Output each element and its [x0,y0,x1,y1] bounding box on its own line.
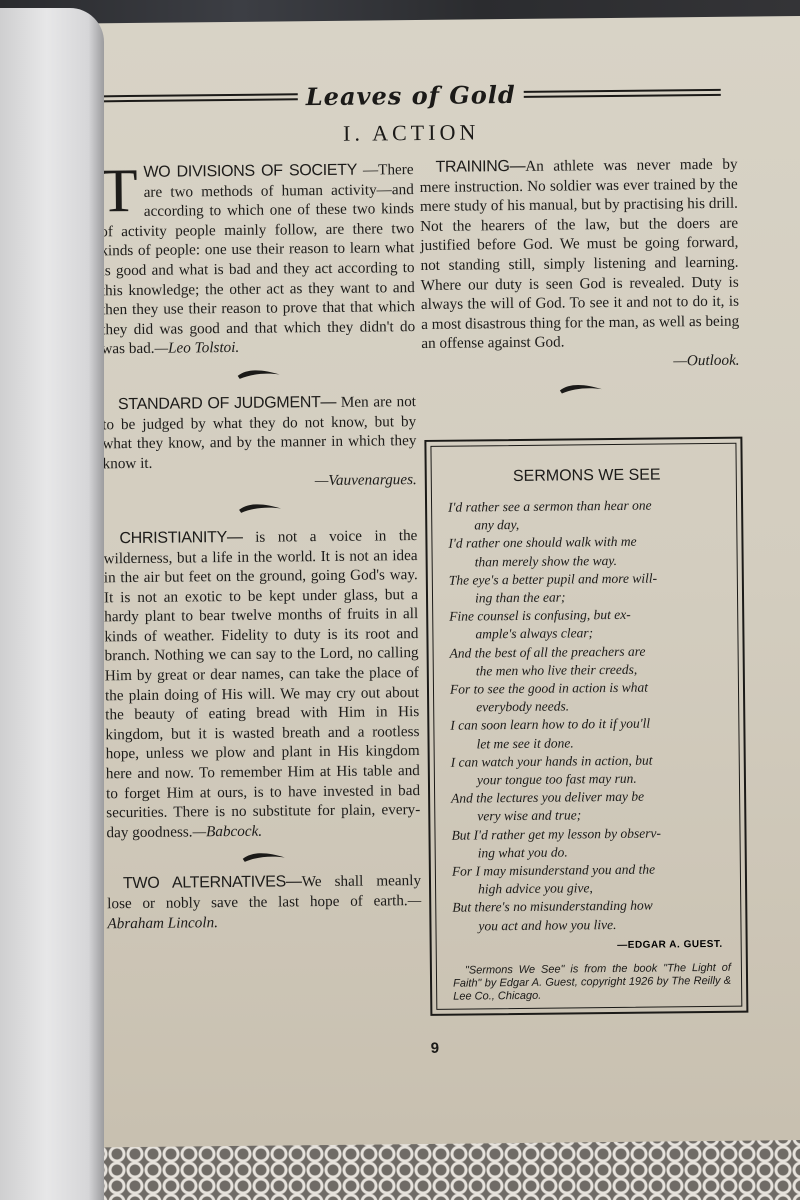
poem-line-text: For I may misunderstand you and the [452,862,655,879]
poem-line-text: But there's no misunderstanding how [452,898,653,915]
book-title: Leaves of Gold [298,79,524,110]
poem-line-text: And the lectures you deliver may be [451,789,644,806]
poem-line-text: I can watch your hands in action, but [451,752,653,769]
ornament-swash-icon [237,501,283,513]
poem-box: SERMONS WE SEE I'd rather see a sermon t… [424,437,748,1016]
entry-body: An athlete was never made by mere instru… [420,156,740,353]
right-column: TRAINING—An athlete was never made by me… [419,155,740,406]
poem-line: But there's no misunderstanding howyou a… [452,896,730,935]
entry-standard-of-judgment: STANDARD OF JUDGMENT— Men are not to be … [102,392,417,474]
entry-attribution: —Babcock. [192,822,262,840]
running-header: Leaves of Gold [101,67,721,123]
book-page: Leaves of Gold I. ACTION TWO DIVISIONS O… [36,16,800,1148]
entry-heading: CHRISTIANITY— [103,529,242,547]
entry-body: —There are two methods of human activity… [100,161,415,358]
entry-heading: TWO ALTERNATIVES— [107,874,302,893]
poem-line: The eye's a better pupil and more will-i… [449,569,727,608]
poem-line-text: I'd rather one should walk with me [448,534,636,551]
entry-heading: TRAINING— [419,158,525,176]
entry-heading: WO DIVISIONS OF SOCIETY [143,162,357,181]
poem-title: SERMONS WE SEE [448,466,726,487]
poem-line: And the lectures you deliver may bevery … [451,787,729,826]
poem-line: For I may misunderstand you and thehigh … [452,860,730,899]
poem-line: I'd rather one should walk with methan m… [448,532,726,571]
header-rule-right [524,88,721,97]
page-number: 9 [431,1040,440,1057]
poem-line-continuation: you act and how you live. [452,914,730,935]
poem-line-text: For to see the good in action is what [450,680,648,697]
poem-line: Fine counsel is confusing, but ex-ample'… [449,605,727,644]
entry-attribution: —Outlook. [421,351,739,374]
drop-cap: T [99,165,137,217]
left-column: TWO DIVISIONS OF SOCIETY —There are two … [99,160,421,933]
poem-credit: "Sermons We See" is from the book "The L… [453,962,731,1004]
poem-line: And the best of all the preachers arethe… [450,641,728,680]
poem-line-text: I'd rather see a sermon than hear one [448,498,652,515]
poem-line-text: I can soon learn how to do it if you'll [450,716,650,733]
poem-box-inner: SERMONS WE SEE I'd rather see a sermon t… [430,443,742,1010]
entry-two-alternatives: TWO ALTERNATIVES—We shall meanly lose or… [107,871,422,933]
entry-training: TRAINING—An athlete was never made by me… [419,155,739,354]
book-cover-edge [0,8,104,1200]
ornament-swash-icon [558,382,604,394]
entry-body: is not a voice in the wilderness, but a … [104,527,421,841]
poem-line: I can watch your hands in action, butyou… [451,751,729,790]
poem-author: —EDGAR A. GUEST. [453,939,723,953]
poem-line: I'd rather see a sermon than hear oneany… [448,496,726,535]
poem-line: For to see the good in action is whateve… [450,678,728,717]
entry-attribution: —Vauvenargues. [103,470,417,493]
ornament-swash-icon [241,851,287,863]
poem-line-text: But I'd rather get my lesson by observ- [451,825,661,842]
chapter-title: I. ACTION [101,117,721,149]
entry-two-divisions: TWO DIVISIONS OF SOCIETY —There are two … [99,160,415,359]
poem-line-text: Fine counsel is confusing, but ex- [449,607,631,624]
poem-line-text: The eye's a better pupil and more will- [449,570,657,587]
header-rule-left [101,93,298,102]
poem-line-text: And the best of all the preachers are [450,643,646,660]
entry-christianity: CHRISTIANITY— is not a voice in the wild… [103,526,420,843]
poem-line: I can soon learn how to do it if you'lll… [450,714,728,753]
ornament-swash-icon [236,367,282,379]
poem-lines: I'd rather see a sermon than hear oneany… [448,496,731,936]
poem-line: But I'd rather get my lesson by observ-i… [451,823,729,862]
entry-heading: STANDARD OF JUDGMENT— [102,394,336,413]
entry-attribution: —Leo Tolstoi. [154,339,239,357]
